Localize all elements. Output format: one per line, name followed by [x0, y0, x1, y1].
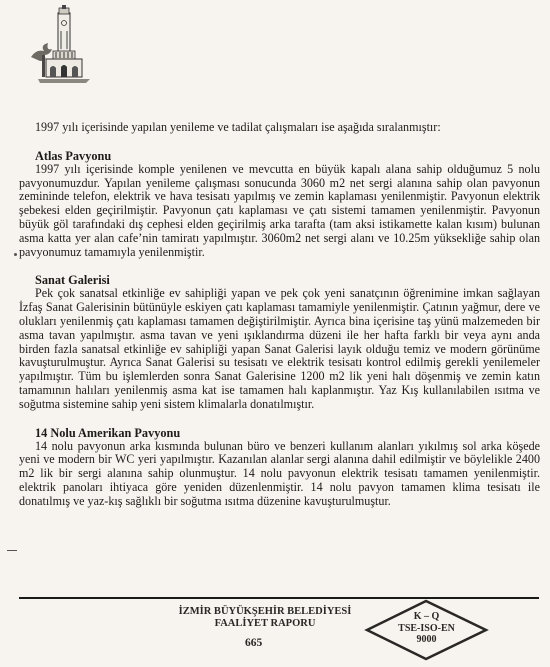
section-atlas-pavyonu: Atlas Pavyonu 1997 yılı içerisinde kompl… [19, 149, 540, 260]
scan-mark [7, 550, 17, 551]
section-body: 1997 yılı içerisinde komple yenilenen ve… [19, 163, 540, 260]
footer-org-name: İZMİR BÜYÜKŞEHİR BELEDİYESİ [160, 606, 370, 618]
cert-line: TSE-ISO-EN [364, 623, 489, 635]
section-sanat-galerisi: Sanat Galerisi Pek çok sanatsal etkinliğ… [19, 273, 540, 411]
cert-line: K – Q [364, 611, 489, 623]
document-body: 1997 yılı içerisinde yapılan yenileme ve… [19, 121, 540, 523]
cert-line: 9000 [364, 634, 489, 646]
section-heading: 14 Nolu Amerikan Pavyonu [19, 426, 540, 440]
clock-tower-icon [26, 5, 98, 85]
certification-badge: K – Q TSE-ISO-EN 9000 [364, 599, 489, 661]
footer-report-title: FAALİYET RAPORU [160, 618, 370, 630]
section-heading: Sanat Galerisi [19, 273, 540, 287]
section-heading: Atlas Pavyonu [19, 149, 540, 163]
section-body: Pek çok sanatsal etkinliğe ev sahipliği … [19, 287, 540, 411]
intro-paragraph: 1997 yılı içerisinde yapılan yenileme ve… [19, 121, 540, 135]
page-number: 665 [245, 637, 262, 649]
section-body: 14 nolu pavyonun arka kısmında bulunan b… [19, 440, 540, 509]
footer-organization: İZMİR BÜYÜKŞEHİR BELEDİYESİ FAALİYET RAP… [160, 606, 370, 630]
section-amerikan-pavyonu: 14 Nolu Amerikan Pavyonu 14 nolu pavyonu… [19, 426, 540, 509]
scan-mark [14, 253, 17, 256]
